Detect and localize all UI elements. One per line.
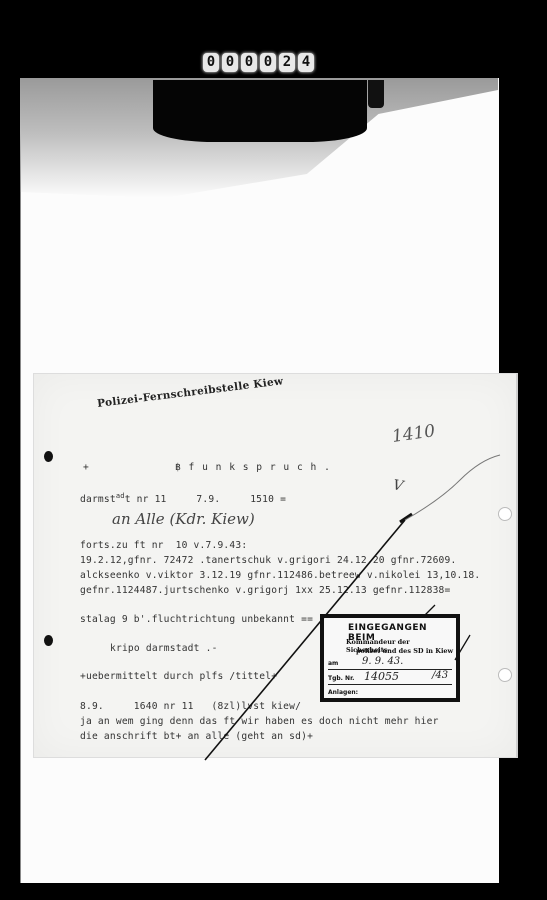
handwritten-addressee: an Alle (Kdr. Kiew) [112,510,255,528]
receipt-journal-number: 14055 [364,670,399,683]
binder-clip [153,80,367,142]
counter-digit: 0 [241,53,257,72]
punch-hole-icon [44,635,53,646]
receipt-date: 9. 9. 43. [362,656,403,667]
transmitted-line: +uebermittelt durch plfs /tittel+ [80,671,277,682]
line-start-plus: + [83,462,89,473]
sender-rest: t nr 11 7.9. 1510 = [125,494,286,505]
punch-hole-icon [44,451,53,462]
reply-line: die anschrift bt+ an alle (geht an sd)+ [80,731,313,742]
binder-clip-tab [368,80,384,108]
reply-line: ja an wem ging denn das ft wir haben es … [80,716,439,727]
stalag-line: stalag 9 b'.fluchtrichtung unbekannt == [80,614,313,625]
counter-digit: 4 [298,53,314,72]
stamp-rule [328,684,452,685]
body-line: 19.2.12,gfnr. 72472 .tanertschuk v.grigo… [80,555,456,566]
receipt-stamp: EINGEGANGEN BEIM Kommandeur der Sicherhe… [320,614,460,702]
sender-line: darmstadt nr 11 7.9. 1510 = [80,492,286,505]
message-title: ฿ f u n k s p r u c h . [175,462,331,473]
receipt-journal-suffix: /43 [432,670,448,681]
punch-hole-icon [498,668,512,682]
receipt-stamp-line2: polizei und des SD in Kiew [356,647,453,655]
sender-superscript: ad [116,492,125,500]
sender-text: darmst [80,494,116,505]
counter-digit: 0 [260,53,276,72]
body-line: gefnr.1124487.jurtschenko v.grigorj 1xx … [80,585,451,596]
counter-digit: 0 [222,53,238,72]
receipt-label-anlagen: Anlagen: [328,689,358,696]
body-line: alckseenko v.viktor 3.12.19 gfnr.112486.… [80,570,480,581]
counter-digit: 2 [279,53,295,72]
receipt-label-tgb: Tgb. Nr. [328,675,354,682]
reply-header: 8.9. 1640 nr 11 (8zl)lvst kiew/ [80,701,301,712]
kripo-line: kripo darmstadt .- [110,643,218,654]
frame-counter: 0 0 0 0 2 4 [203,53,314,72]
counter-digit: 0 [203,53,219,72]
body-line: forts.zu ft nr 10 v.7.9.43: [80,540,247,551]
receipt-label-am: am [328,660,338,667]
punch-hole-icon [498,507,512,521]
